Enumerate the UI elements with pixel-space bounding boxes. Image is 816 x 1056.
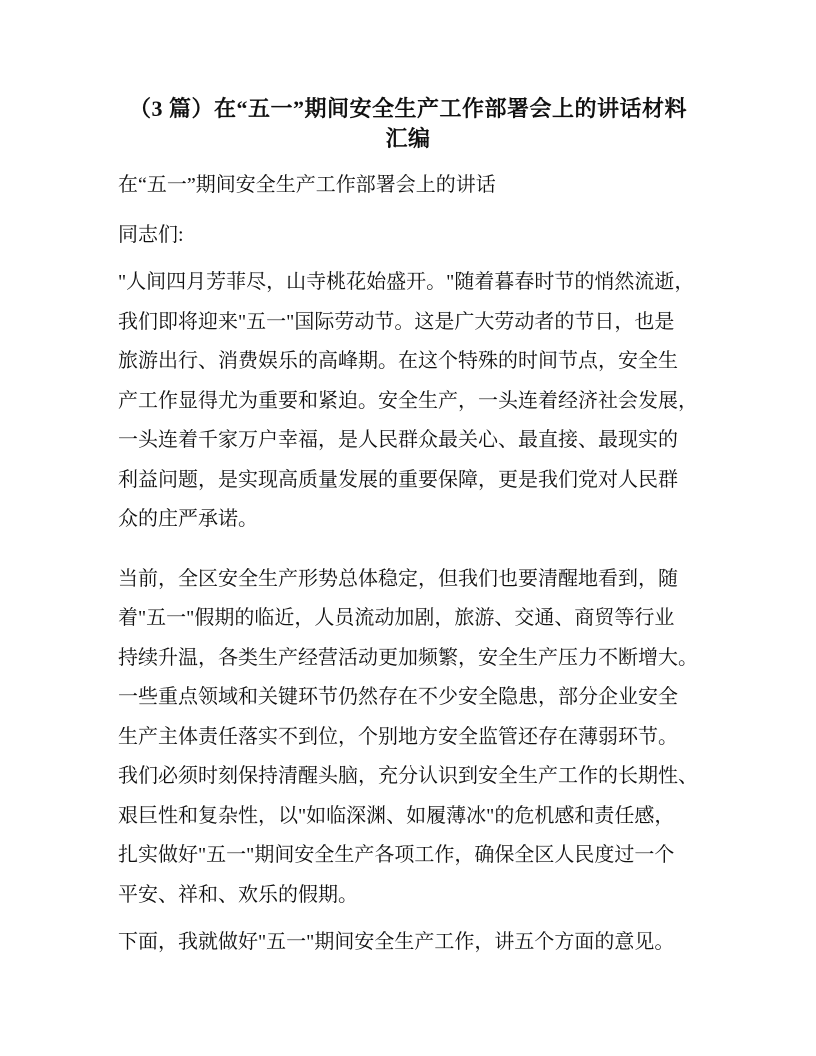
speech-title: 在“五一”期间安全生产工作部署会上的讲话 <box>118 171 698 199</box>
salutation: 同志们: <box>118 221 698 249</box>
paragraph-opening: "人间四月芳菲尽，山寺桃花始盛开。"随着暮春时节的悄然流逝， 我们即将迎来"五一… <box>118 263 698 540</box>
paragraph-transition: 下面，我就做好"五一"期间安全生产工作，讲五个方面的意见。 <box>118 923 698 963</box>
document-page: （3 篇）在“五一”期间安全生产工作部署会上的讲话材料汇编 在“五一”期间安全生… <box>118 0 698 1056</box>
document-title: （3 篇）在“五一”期间安全生产工作部署会上的讲话材料汇编 <box>118 94 698 154</box>
paragraph-situation: 当前，全区安全生产形势总体稳定，但我们也要清醒地看到，随 着"五一"假期的临近，… <box>118 560 698 916</box>
